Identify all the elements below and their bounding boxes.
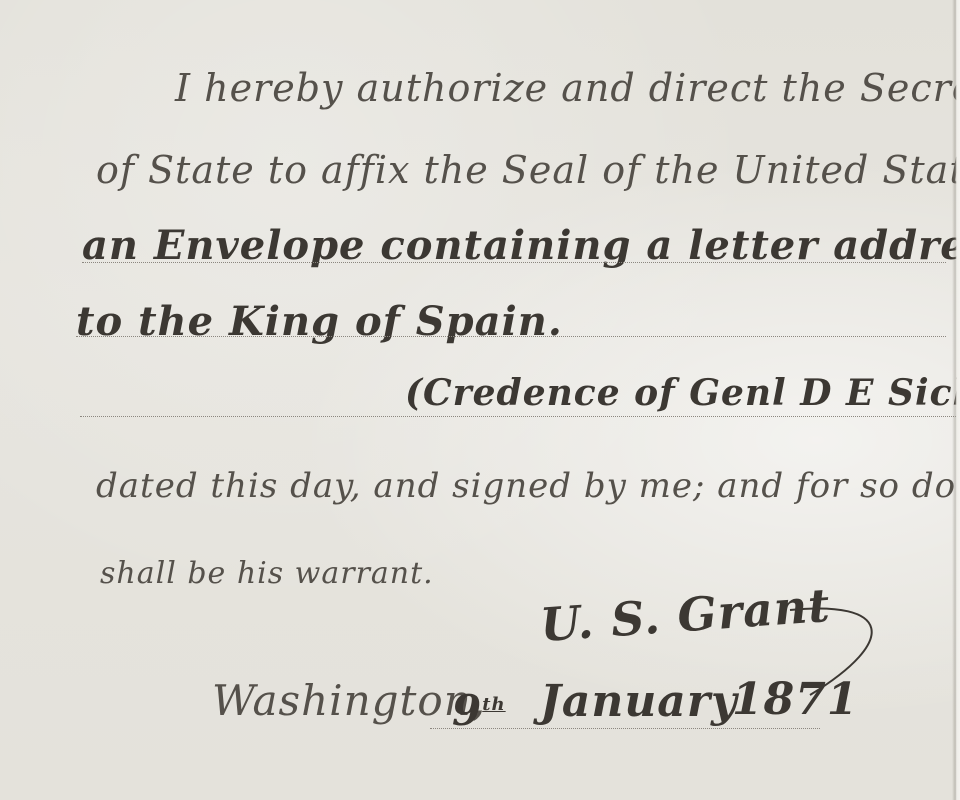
document-page: I hereby authorize and direct the Secret… [0,0,960,800]
fill-rule-1 [82,262,946,263]
fill-rule-2 [76,336,946,337]
text-line-2: of State to affix the Seal of the United… [96,148,960,192]
date-rule [430,728,820,729]
dateline-year: 1871 [732,674,858,725]
frame-edge [952,0,960,800]
text-line-1: I hereby authorize and direct the Secret… [175,66,960,110]
dateline-place: Washington, [212,676,486,725]
text-line-5-handwritten: (Credence of Genl D E Sickles [405,372,960,414]
dateline-month: January [540,676,738,727]
dateline-day-suffix: th [482,694,505,715]
fill-rule-3 [80,416,956,417]
text-line-4-handwritten: to the King of Spain. [76,298,563,345]
text-line-7: shall be his warrant. [100,556,434,591]
text-line-6: dated this day, and signed by me; and fo… [96,466,960,506]
